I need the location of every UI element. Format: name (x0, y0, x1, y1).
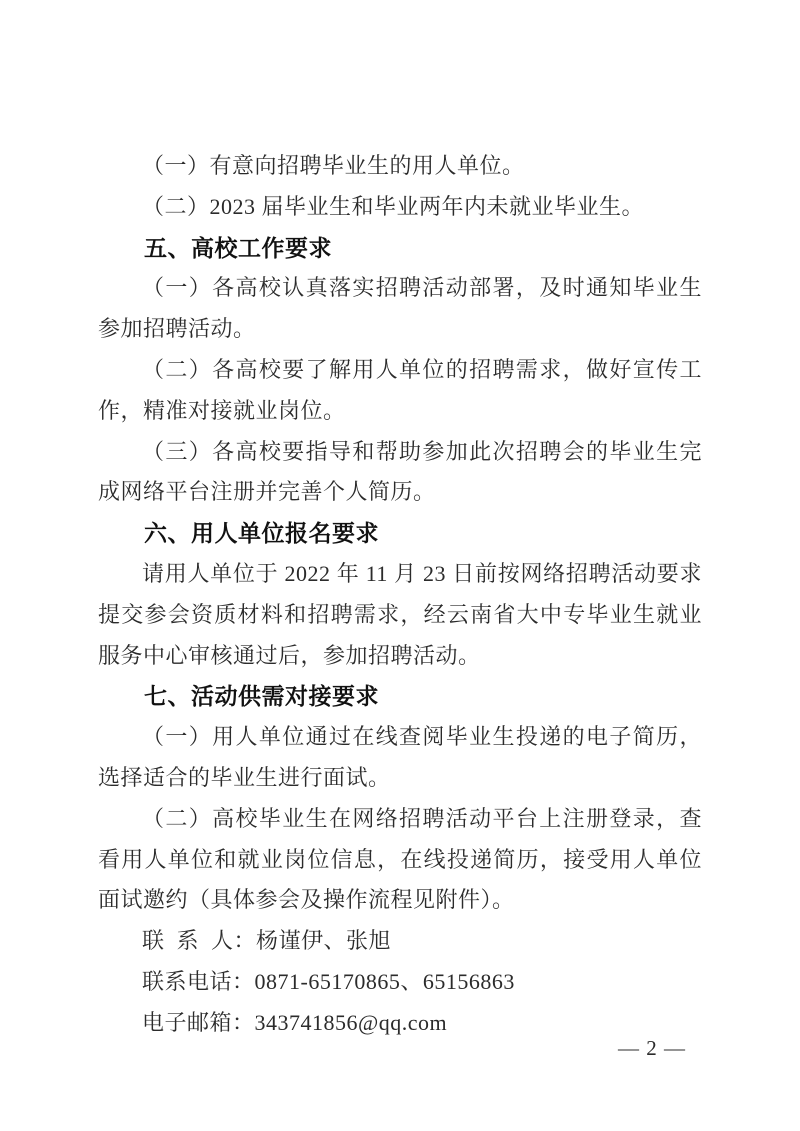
contact-email-line: 电子邮箱：343741856@qq.com (98, 1003, 702, 1044)
paragraph-matching-item-2: （二）高校毕业生在网络招聘活动平台上注册登录，查看用人单位和就业岗位信息，在线投… (98, 799, 702, 921)
contact-phone-line: 联系电话：0871-65170865、65156863 (98, 962, 702, 1003)
document-body: （一）有意向招聘毕业生的用人单位。 （二）2023 届毕业生和毕业两年内未就业毕… (98, 146, 702, 1044)
document-page: （一）有意向招聘毕业生的用人单位。 （二）2023 届毕业生和毕业两年内未就业毕… (0, 0, 800, 1131)
paragraph-matching-item-1: （一）用人单位通过在线查阅毕业生投递的电子简历，选择适合的毕业生进行面试。 (98, 717, 702, 799)
list-item-eligible-employers: （一）有意向招聘毕业生的用人单位。 (98, 146, 702, 187)
contact-person-line: 联 系 人：杨谨伊、张旭 (98, 921, 702, 962)
section-heading-7-matching: 七、活动供需对接要求 (98, 676, 702, 717)
list-item-eligible-graduates: （二）2023 届毕业生和毕业两年内未就业毕业生。 (98, 187, 702, 228)
paragraph-university-item-3: （三）各高校要指导和帮助参加此次招聘会的毕业生完成网络平台注册并完善个人简历。 (98, 432, 702, 514)
page-number: — 2 — (618, 1036, 686, 1061)
paragraph-university-item-2: （二）各高校要了解用人单位的招聘需求，做好宣传工作，精准对接就业岗位。 (98, 350, 702, 432)
paragraph-employer-signup: 请用人单位于 2022 年 11 月 23 日前按网络招聘活动要求提交参会资质材… (98, 554, 702, 676)
section-heading-6-employer-signup: 六、用人单位报名要求 (98, 513, 702, 554)
paragraph-university-item-1: （一）各高校认真落实招聘活动部署，及时通知毕业生参加招聘活动。 (98, 268, 702, 350)
section-heading-5-university-work: 五、高校工作要求 (98, 228, 702, 269)
